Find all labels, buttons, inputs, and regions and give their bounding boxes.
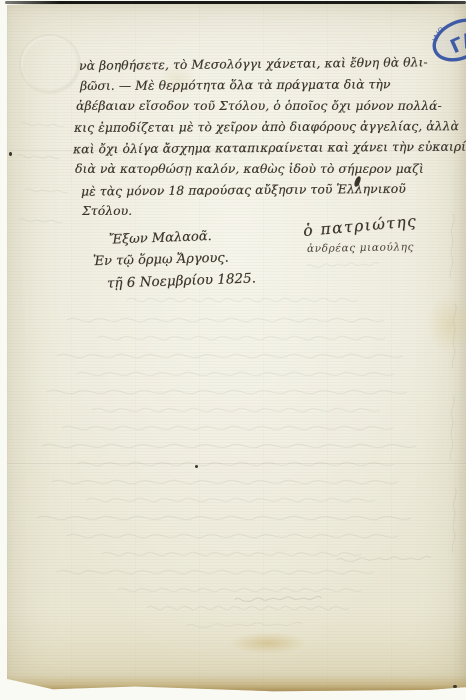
place-date-block: Ἔξων Μαλαοᾶ. Ἐν τῷ ὅρμῳ Ἄργους. τῇ 6 Νοε… [97, 230, 256, 295]
manuscript-page: νὰ βοηθήσετε, τὸ Μεσολόγγι χάνεται, καὶ … [7, 4, 466, 692]
date-line: τῇ 6 Νοεμβρίου 1825. [107, 270, 257, 297]
handwritten-line: μὲ τὰς μόνον 18 παρούσας αὔξησιν τοῦ Ἑλλ… [81, 181, 439, 205]
handwritten-line: βῶσι. — Μὲ θερμότητα ὅλα τὰ πράγματα διὰ… [80, 77, 439, 100]
age-stain [427, 294, 466, 354]
signature-role: ὁ πατριώτης [302, 212, 417, 240]
age-stain [229, 632, 307, 654]
scan-edge-line [5, 1, 466, 4]
ink-speck [195, 465, 198, 468]
ink-speck [453, 685, 457, 688]
ink-speck [9, 152, 12, 156]
handwritten-line: διὰ νὰ κατορθώσῃ καλόν, καθὼς ἰδοὺ τὸ σή… [75, 162, 439, 183]
aged-bottom-edge [7, 676, 466, 692]
letter-body: νὰ βοηθήσετε, τὸ Μεσολόγγι χάνεται, καὶ … [79, 57, 439, 225]
signature-block: ὁ πατριώτης ἀνδρέας μιαούλης [303, 217, 417, 254]
handwritten-line: ἀβέβαιαν εἴσοδον τοῦ Στόλου, ὁ ὁποῖος ὄχ… [76, 99, 439, 120]
handwritten-line: κις ἐμποδίζεται μὲ τὸ χεῖρον ἀπὸ διαφόρο… [74, 119, 439, 142]
handwritten-line: καὶ ὄχι ὀλίγα ἄσχημα καταπικραίνεται καὶ… [73, 140, 439, 164]
signature-name: ἀνδρέας μιαούλης [307, 241, 418, 255]
archive-stamp: ΙΔΙΩ ΓΑ [425, 8, 466, 72]
fold-crease-horizontal-lower [7, 463, 466, 465]
embossed-seal [19, 34, 81, 94]
handwritten-line: νὰ βοηθήσετε, τὸ Μεσολόγγι χάνεται, καὶ … [79, 55, 439, 80]
scanner-background: νὰ βοηθήσετε, τὸ Μεσολόγγι χάνεται, καὶ … [0, 0, 466, 700]
